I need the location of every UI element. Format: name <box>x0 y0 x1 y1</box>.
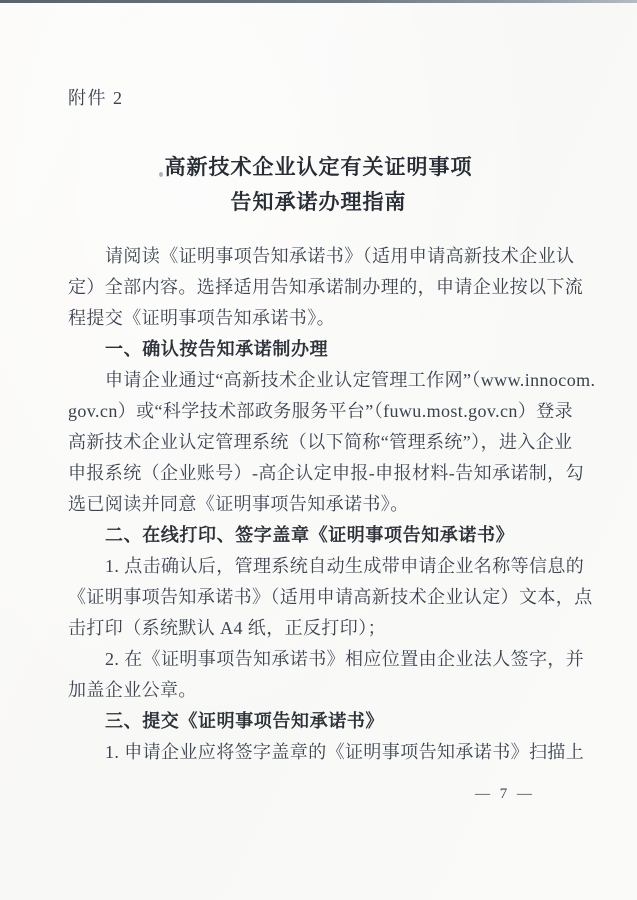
paragraph-line: 选已阅读并同意《证明事项告知承诺书》。 <box>68 489 572 520</box>
section-heading-1: 一、确认按告知承诺制办理 <box>68 334 572 365</box>
paragraph-line: 《证明事项告知承诺书》（适用申请高新技术企业认定）文本，点 <box>68 582 572 613</box>
document-title-line-2: 告知承诺办理指南 <box>0 185 637 220</box>
paragraph-line: 申报系统（企业账号）-高企认定申报-申报材料-告知承诺制，勾 <box>68 458 572 489</box>
scan-edge-artifact <box>0 0 637 3</box>
paragraph-line: 高新技术企业认定管理系统（以下简称“管理系统”），进入企业 <box>68 427 572 458</box>
document-title: 高新技术企业认定有关证明事项 告知承诺办理指南 <box>0 150 637 220</box>
paragraph-line: 加盖企业公章。 <box>68 675 572 706</box>
paragraph-line: 程提交《证明事项告知承诺书》。 <box>68 303 572 334</box>
paragraph-line: 1. 申请企业应将签字盖章的《证明事项告知承诺书》扫描上 <box>68 737 572 768</box>
paragraph-line: 击打印（系统默认 A4 纸，正反打印）； <box>68 613 572 644</box>
paragraph-line: 1. 点击确认后，管理系统自动生成带申请企业名称等信息的 <box>68 551 572 582</box>
page-number: — 7 — <box>475 786 535 803</box>
paragraph-line: 请阅读《证明事项告知承诺书》（适用申请高新技术企业认 <box>68 241 572 272</box>
paragraph-line: 2. 在《证明事项告知承诺书》相应位置由企业法人签字，并 <box>68 644 572 675</box>
document-body: 请阅读《证明事项告知承诺书》（适用申请高新技术企业认 定）全部内容。选择适用告知… <box>68 241 572 768</box>
paragraph-line: 定）全部内容。选择适用告知承诺制办理的，申请企业按以下流 <box>68 272 572 303</box>
paragraph-line: 申请企业通过“高新技术企业认定管理工作网”（www.innocom. <box>68 365 572 396</box>
scan-speck-artifact <box>159 172 163 177</box>
section-heading-2: 二、在线打印、签字盖章《证明事项告知承诺书》 <box>68 520 572 551</box>
document-title-line-1: 高新技术企业认定有关证明事项 <box>0 150 637 185</box>
section-heading-3: 三、提交《证明事项告知承诺书》 <box>68 706 572 737</box>
paragraph-line: gov.cn）或“科学技术部政务服务平台”（fuwu.most.gov.cn）登… <box>68 396 572 427</box>
attachment-label: 附件 2 <box>68 84 124 110</box>
scanned-document-page: 附件 2 高新技术企业认定有关证明事项 告知承诺办理指南 请阅读《证明事项告知承… <box>0 0 637 900</box>
